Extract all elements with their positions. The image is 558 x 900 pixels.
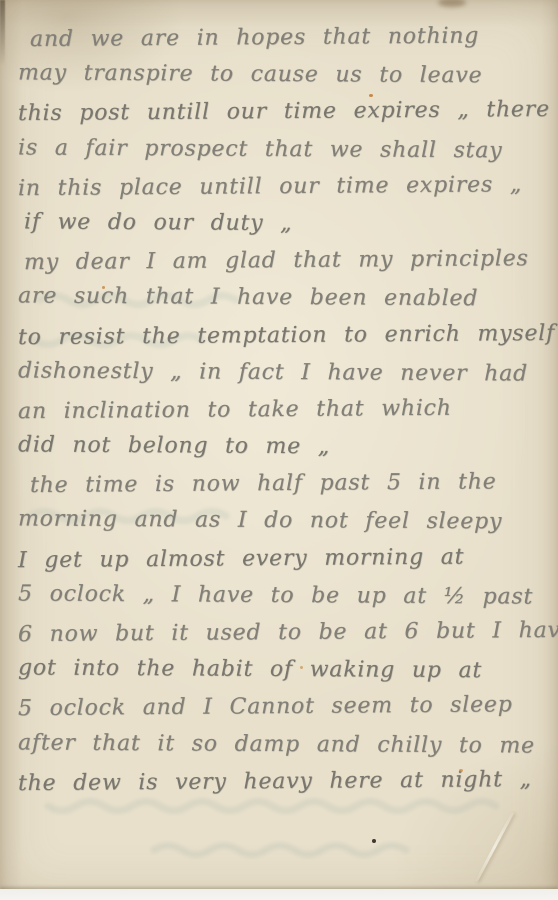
handwritten-line: is a fair prospect that we shall stay <box>18 131 556 171</box>
paper-stain <box>102 286 105 289</box>
handwritten-line: did not belong to me „ <box>18 428 556 468</box>
paper-crease <box>475 812 514 882</box>
handwritten-line: to resist the temptation to enrich mysel… <box>18 316 556 357</box>
handwritten-line: this post untill our time expires „ ther… <box>18 93 556 134</box>
handwritten-line: the dew is very heavy here at night „ <box>18 763 556 804</box>
handwritten-line: dishonestly „ in fact I have never had <box>18 354 556 394</box>
handwritten-line: the time is now half past 5 in the <box>18 465 556 506</box>
handwritten-line: may transpire to cause us to leave <box>18 57 556 97</box>
handwritten-line: in this place untill our time expires „ <box>18 168 556 209</box>
handwritten-line: morning and as I do not feel sleepy <box>18 503 556 543</box>
handwritten-line: got into the habit of waking up at <box>18 652 556 692</box>
letter-page: and we are in hopes that nothing may tra… <box>0 0 558 900</box>
handwritten-line: 6 now but it used to be at 6 but I have <box>18 614 556 655</box>
page-edge-shadow <box>0 0 5 66</box>
page-bottom-edge <box>0 889 558 900</box>
handwritten-line: 5 oclock „ I have to be up at ½ past <box>18 577 556 617</box>
paper-stain <box>369 94 373 97</box>
handwritten-line: an inclination to take that which <box>18 391 556 432</box>
paper-stain <box>459 769 463 772</box>
paper-stain <box>438 0 466 7</box>
handwritten-line: after that it so damp and chilly to me <box>18 726 556 766</box>
handwritten-line: if we do our duty „ <box>18 205 556 245</box>
paper-stain <box>372 839 376 843</box>
handwritten-line: 5 oclock and I Cannot seem to sleep <box>18 688 556 729</box>
handwritten-line: my dear I am glad that my principles <box>18 242 556 283</box>
handwritten-line: I get up almost every morning at <box>18 540 556 581</box>
handwriting-block: and we are in hopes that nothing may tra… <box>18 21 556 802</box>
handwritten-line: and we are in hopes that nothing <box>18 19 556 60</box>
paper-stain <box>300 666 303 669</box>
handwritten-line: are such that I have been enabled <box>18 280 556 320</box>
